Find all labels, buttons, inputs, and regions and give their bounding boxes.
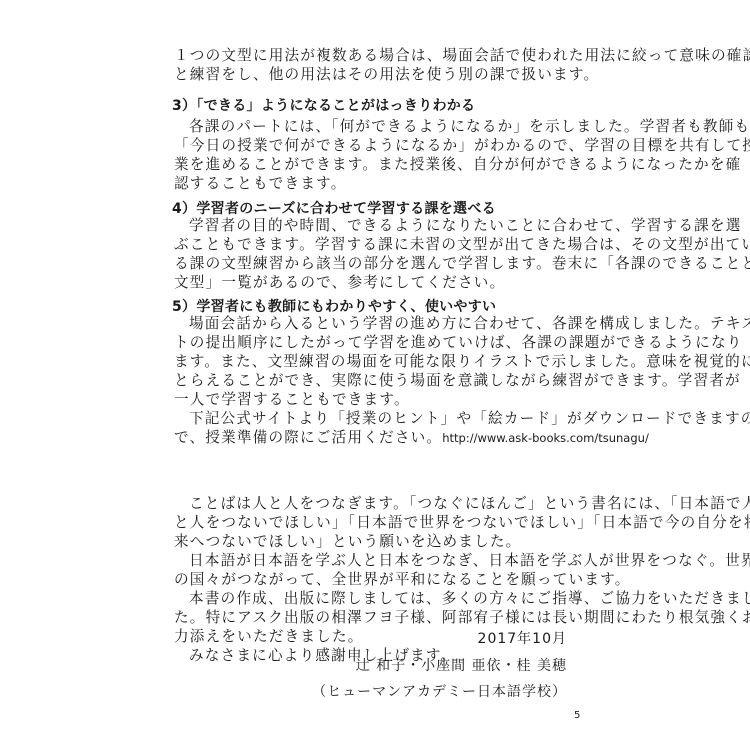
signature-date: 2017年10月 xyxy=(478,628,567,648)
signature-affiliation: （ヒューマンアカデミー日本語学校） xyxy=(312,681,567,701)
section3-line-4: 認することもできます。 xyxy=(174,176,568,192)
intro-line-1: １つの文型に用法が複数ある場合は、場面会話で使われた用法に絞って意味の確認 xyxy=(174,48,568,64)
section5-line-7-text: で、授業準備の際にご活用ください。 xyxy=(174,429,442,446)
section5-line-5: 一人で学習することもできます。 xyxy=(174,392,568,408)
section5-line-7: で、授業準備の際にご活用ください。http://www.ask-books.co… xyxy=(174,430,568,446)
intro-line-2: と練習をし、他の用法はその用法を使う別の課で扱います。 xyxy=(174,67,568,83)
afterword-line-1: ことばは人と人をつなぎます。「つなぐにほんご」という書名には、「日本語で人 xyxy=(174,496,583,512)
afterword-line-3: 来へつないでほしい」という願いを込めました。 xyxy=(174,534,568,550)
section5-line-1: 場面会話から入るという学習の進め方に合わせて、各課を構成しました。テキス xyxy=(174,316,583,332)
section4-line-3: る課の文型練習から該当の部分を選んで学習します。巻末に「各課のできることと xyxy=(174,256,568,272)
afterword-line-6: 本書の作成、出版に際しましては、多くの方々にご指導、ご協力をいただきまし xyxy=(174,591,583,607)
afterword-line-2: と人をつないでほしい」「日本語で世界をつないでほしい」「日本語で今の自分を将 xyxy=(174,515,568,531)
section-heading-3: 3）「できる」ようになることがはっきりわかる xyxy=(172,95,475,115)
section4-line-4: 文型」一覧があるので、参考にしてください。 xyxy=(174,275,568,291)
section3-line-3: 業を進めることができます。また授業後、自分が何ができるようになったかを確 xyxy=(174,157,568,173)
section5-line-6: 下記公式サイトより「授業のヒント」や「絵カード」がダウンロードできますの xyxy=(174,411,583,427)
section3-line-1: 各課のパートには、「何ができるようになるか」を示しました。学習者も教師も xyxy=(174,119,583,135)
section3-line-2: 「今日の授業で何ができるようになるか」がわかるので、学習の目標を共有して授 xyxy=(174,138,568,154)
section4-line-2: ぶこともできます。学習する課に未習の文型が出てきた場合は、その文型が出てい xyxy=(174,237,568,253)
section5-line-2: トの提出順序にしたがって学習を進めていけば、各課の課題ができるようになり xyxy=(174,335,568,351)
page-number: 5 xyxy=(574,710,580,721)
document-page: １つの文型に用法が複数ある場合は、場面会話で使われた用法に絞って意味の確認 と練… xyxy=(0,0,750,750)
afterword-line-4: 日本語が日本語を学ぶ人と日本をつなぎ、日本語を学ぶ人が世界をつなぐ。世界 xyxy=(174,553,583,569)
section5-line-4: とらえることができ、実際に使う場面を意識しながら練習ができます。学習者が xyxy=(174,373,568,389)
section-heading-4: 4）学習者のニーズに合わせて学習する課を選べる xyxy=(172,198,496,218)
signature-authors: 辻 和子・小座間 亜依・桂 美穂 xyxy=(356,655,567,675)
afterword-line-7: た。特にアスク出版の相澤フヨ子様、阿部宥子様には長い期間にわたり根気強くお xyxy=(174,610,568,626)
section-heading-5: 5）学習者にも教師にもわかりやすく、使いやすい xyxy=(172,296,496,316)
section4-line-1: 学習者の目的や時間、できるようになりたいことに合わせて、学習する課を選 xyxy=(174,218,583,234)
afterword-line-5: の国々がつながって、全世界が平和になることを願っています。 xyxy=(174,572,568,588)
website-url-link[interactable]: http://www.ask-books.com/tsunagu/ xyxy=(442,431,649,445)
section5-line-3: ます。また、文型練習の場面を可能な限りイラストで示しました。意味を視覚的に xyxy=(174,354,568,370)
